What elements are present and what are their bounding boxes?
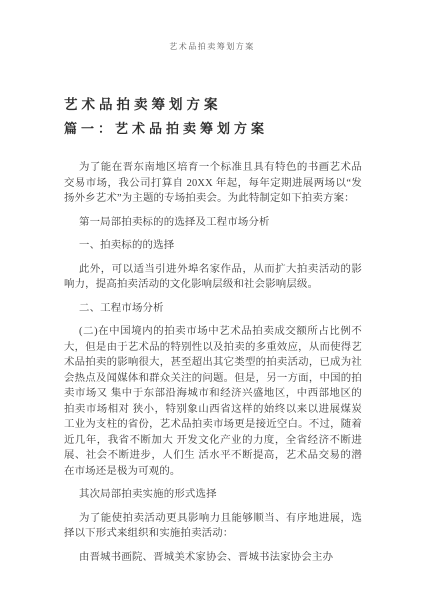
heading-item-two: 二、工程市场分析 [64, 301, 362, 317]
paragraph-intro: 为了能在晋东南地区培育一个标准且具有特色的书画艺术品交易市场，我公司打算自 20… [64, 160, 362, 207]
document-subtitle: 篇一：艺术品拍卖筹划方案 [64, 120, 362, 137]
paragraph-form-selection: 为了能使拍卖活动更具影响力且能够顺当、有序地进展，选择以下形式来组织和实施拍卖活… [64, 511, 362, 542]
heading-item-one: 一、拍卖标的的选择 [64, 238, 362, 254]
heading-part-two: 其次局部拍卖实施的形式选择 [64, 487, 362, 503]
running-header: 艺术品拍卖筹划方案 [0, 41, 424, 52]
heading-part-one: 第一局部拍卖标的的选择及工程市场分析 [64, 215, 362, 231]
document-page: 艺术品拍卖筹划方案 艺术品拍卖筹划方案 篇一：艺术品拍卖筹划方案 为了能在晋东南… [0, 0, 424, 600]
paragraph-market-analysis: (二)在中国境内的拍卖市场中艺术品拍卖成交额所占比例不大，但是由于艺术品的特别性… [64, 324, 362, 479]
document-content: 艺术品拍卖筹划方案 篇一：艺术品拍卖筹划方案 为了能在晋东南地区培育一个标准且具… [64, 96, 362, 573]
document-body: 为了能在晋东南地区培育一个标准且具有特色的书画艺术品交易市场，我公司打算自 20… [64, 160, 362, 565]
document-title: 艺术品拍卖筹划方案 [64, 96, 362, 113]
paragraph-influence: 此外，可以适当引进外埠名家作品，从而扩大拍卖活动的影响力，提高拍卖活动的文化影响… [64, 262, 362, 293]
paragraph-organizers: 由晋城书画院、晋城美术家协会、晋城书法家协会主办 [64, 550, 362, 566]
